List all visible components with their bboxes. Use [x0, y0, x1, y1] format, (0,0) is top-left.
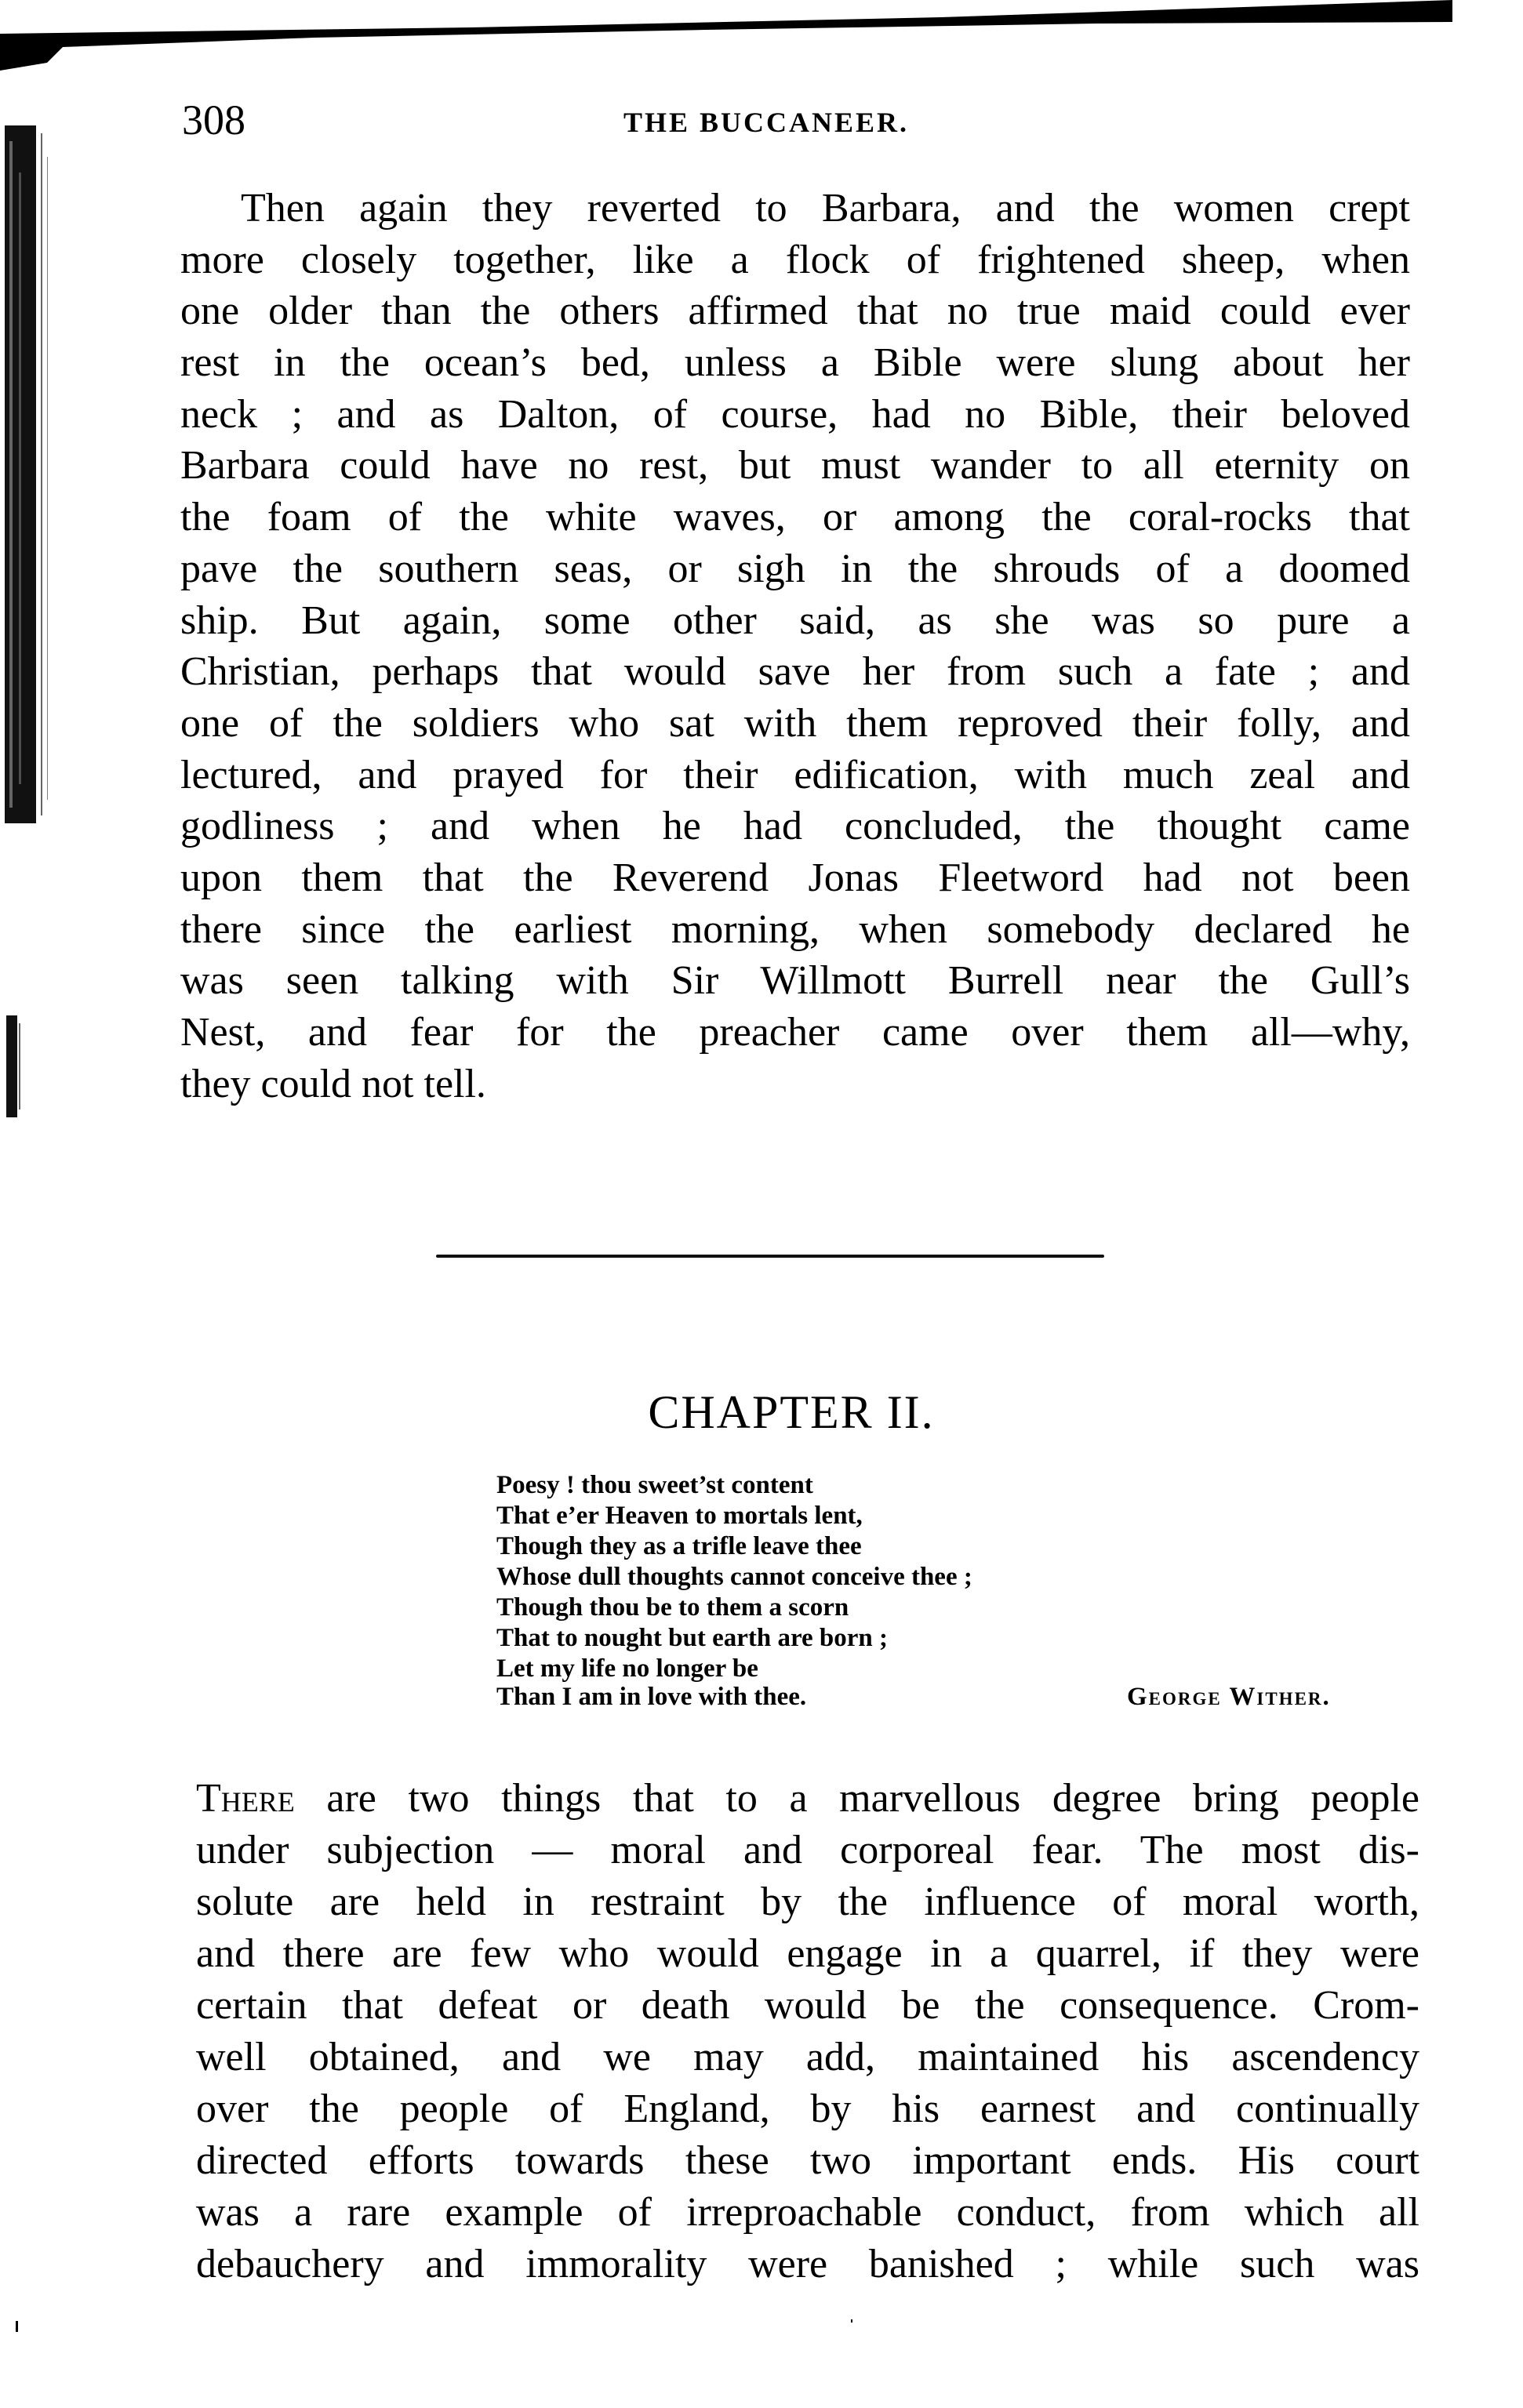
- epigraph-line: Than I am in love with thee.: [496, 1683, 806, 1711]
- text-line: the foam of the white waves, or among th…: [180, 494, 1410, 541]
- chapter-heading: CHAPTER II.: [0, 1385, 1523, 1440]
- scan-binding-shadow-lower: [6, 1015, 22, 1117]
- text-line: one of the soldiers who sat with them re…: [180, 700, 1410, 747]
- text-line: godliness ; and when he had concluded, t…: [180, 803, 1410, 850]
- page-number: 308: [182, 100, 245, 140]
- epigraph-line: Whose dull thoughts cannot conceive thee…: [496, 1563, 972, 1591]
- text-fragment: are two things that to a marvellous degr…: [295, 1776, 1419, 1821]
- text-line: Barbara could have no rest, but must wan…: [180, 442, 1410, 489]
- text-line: over the people of England, by his earne…: [196, 2086, 1419, 2133]
- epigraph-line: Let my life no longer be: [496, 1654, 758, 1683]
- scan-speck: [16, 2321, 18, 2332]
- epigraph-line: Though they as a trifle leave thee: [496, 1532, 862, 1560]
- text-line: Then again they reverted to Barbara, and…: [241, 185, 1410, 232]
- running-title: THE BUCCANEER.: [623, 107, 909, 138]
- text-line: There are two things that to a marvellou…: [196, 1775, 1419, 1822]
- text-line: neck ; and as Dalton, of course, had no …: [180, 391, 1410, 438]
- text-line: directed efforts towards these two impor…: [196, 2137, 1419, 2185]
- text-line: they could not tell.: [180, 1061, 1410, 1108]
- scan-binding-shadow-left: [3, 125, 49, 823]
- scan-edge-shadow-top: [0, 0, 1523, 78]
- opening-word: There: [196, 1776, 295, 1821]
- text-line: Christian, perhaps that would save her f…: [180, 648, 1410, 696]
- epigraph-line: That to nought but earth are born ;: [496, 1624, 888, 1652]
- text-line: well obtained, and we may add, maintaine…: [196, 2034, 1419, 2081]
- text-line: more closely together, like a flock of f…: [180, 237, 1410, 284]
- epigraph-line: Though thou be to them a scorn: [496, 1593, 849, 1622]
- epigraph-line: That e’er Heaven to mortals lent,: [496, 1502, 863, 1530]
- scan-speck: [851, 2319, 852, 2323]
- text-line: one older than the others affirmed that …: [180, 288, 1410, 335]
- text-line: was a rare example of irreproachable con…: [196, 2189, 1419, 2236]
- text-line: under subjection — moral and corporeal f…: [196, 1827, 1419, 1874]
- text-line: pave the southern seas, or sigh in the s…: [180, 546, 1410, 593]
- epigraph-line: Poesy ! thou sweet’st content: [496, 1471, 813, 1499]
- text-line: rest in the ocean’s bed, unless a Bible …: [180, 340, 1410, 387]
- text-line: ship. But again, some other said, as she…: [180, 597, 1410, 645]
- text-line: was seen talking with Sir Willmott Burre…: [180, 957, 1410, 1004]
- text-line: there since the earliest morning, when s…: [180, 906, 1410, 953]
- text-line: and there are few who would engage in a …: [196, 1930, 1419, 1978]
- text-line: debauchery and immorality were banished …: [196, 2241, 1419, 2288]
- epigraph-attribution: George Wither.: [1127, 1683, 1331, 1711]
- text-line: solute are held in restraint by the infl…: [196, 1879, 1419, 1926]
- text-line: lectured, and prayed for their edificati…: [180, 752, 1410, 799]
- text-line: Nest, and fear for the preacher came ove…: [180, 1009, 1410, 1056]
- text-line: upon them that the Reverend Jonas Fleetw…: [180, 855, 1410, 902]
- section-divider: [436, 1255, 1104, 1258]
- text-line: certain that defeat or death would be th…: [196, 1982, 1419, 2029]
